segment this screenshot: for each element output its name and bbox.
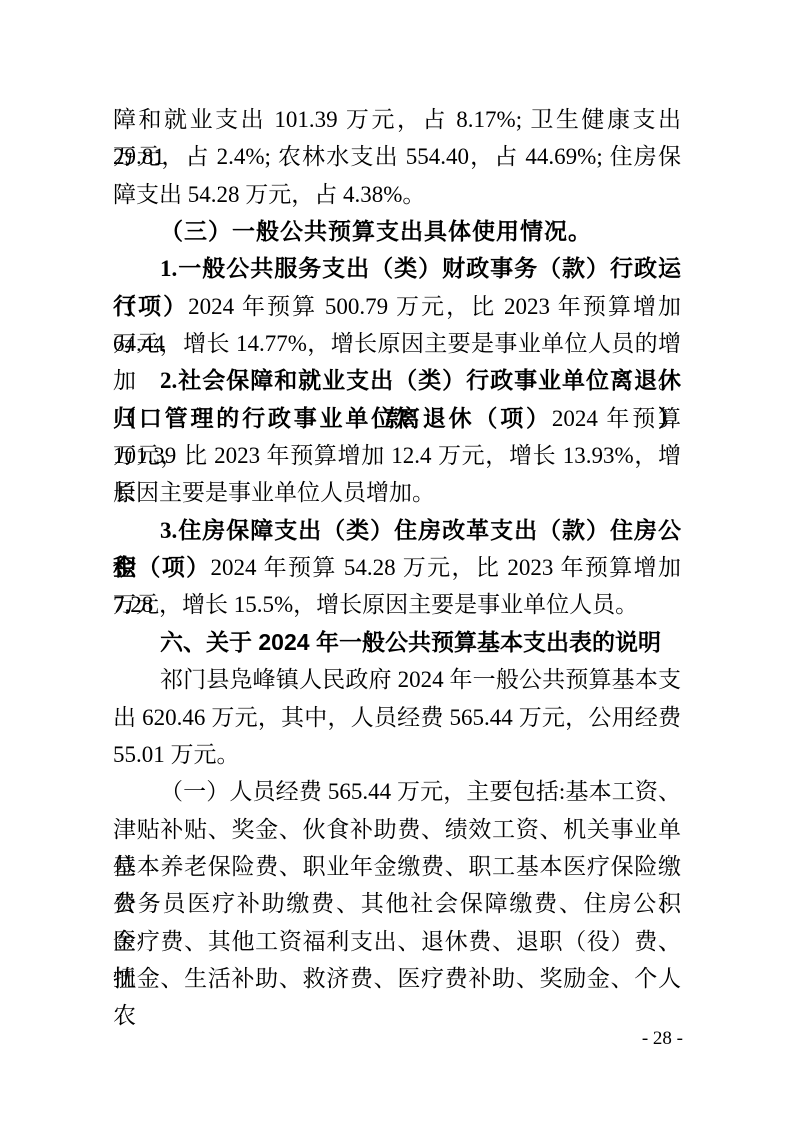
document-body: 障和就业支出 101.39 万元，占 8.17%; 卫生健康支出 29.81万元…: [113, 101, 681, 997]
text-segment: 六、关于 2024 年一般公共预算基本支出表的说明: [160, 629, 661, 655]
text-line: 公务员医疗补助缴费、其他社会保障缴费、住房公积金、: [113, 885, 681, 922]
document-page: 障和就业支出 101.39 万元，占 8.17%; 卫生健康支出 29.81万元…: [0, 0, 793, 1122]
text-segment: （项）: [113, 294, 188, 319]
text-line: 障支出 54.28 万元，占 4.38%。: [113, 176, 681, 213]
text-segment: 55.01 万元。: [113, 742, 240, 767]
text-line: 万元，比 2023 年预算增加 12.4 万元，增长 13.93%，增长: [113, 437, 681, 474]
text-segment: 金（项）: [113, 555, 211, 580]
text-segment: 万元，增长 15.5%，增长原因主要是事业单位人员。: [113, 592, 638, 617]
text-line: 1.一般公共服务支出（类）财政事务（款）行政运行: [113, 250, 681, 287]
text-line: 3.住房保障支出（类）住房改革支出（款）住房公积: [113, 512, 681, 549]
text-line: （项）2024 年预算 500.79 万元，比 2023 年预算增加 64.44: [113, 288, 681, 325]
text-line: 归口管理的行政事业单位离退休（项）2024 年预算 101.39: [113, 400, 681, 437]
text-line: 六、关于 2024 年一般公共预算基本支出表的说明: [113, 624, 681, 661]
text-line: 恤金、生活补助、救济费、医疗费补助、奖励金、个人农: [113, 960, 681, 997]
text-line: 基本养老保险费、职业年金缴费、职工基本医疗保险缴费、: [113, 848, 681, 885]
text-line: 祁门县凫峰镇人民政府 2024 年一般公共预算基本支: [113, 661, 681, 698]
text-line: 医疗费、其他工资福利支出、退休费、退职（役）费、抚: [113, 923, 681, 960]
text-segment: 出 620.46 万元，其中，人员经费 565.44 万元，公用经费: [113, 705, 681, 730]
text-line: 2.社会保障和就业支出（类）行政事业单位离退休（款）: [113, 362, 681, 399]
text-line: 原因主要是事业单位人员增加。: [113, 474, 681, 511]
text-line: 万元，增长 15.5%，增长原因主要是事业单位人员。: [113, 586, 681, 623]
text-segment: 原因主要是事业单位人员增加。: [113, 480, 435, 505]
text-line: 津贴补贴、奖金、伙食补助费、绩效工资、机关事业单位: [113, 811, 681, 848]
text-segment: （三）一般公共预算支出具体使用情况。: [160, 219, 592, 244]
text-segment: 恤金、生活补助、救济费、医疗费补助、奖励金、个人农: [113, 966, 681, 1028]
text-segment: （一）人员经费 565.44 万元，主要包括:基本工资、: [160, 779, 681, 804]
text-segment: 万元，占 2.4%; 农林水支出 554.40，占 44.69%; 住房保: [113, 144, 681, 169]
text-line: 出 620.46 万元，其中，人员经费 565.44 万元，公用经费: [113, 699, 681, 736]
text-line: （三）一般公共预算支出具体使用情况。: [113, 213, 681, 250]
text-line: 万元，占 2.4%; 农林水支出 554.40，占 44.69%; 住房保: [113, 138, 681, 175]
text-segment: 障支出 54.28 万元，占 4.38%。: [113, 182, 425, 207]
text-line: 金（项）2024 年预算 54.28 万元，比 2023 年预算增加 7.28: [113, 549, 681, 586]
text-segment: 祁门县凫峰镇人民政府 2024 年一般公共预算基本支: [160, 667, 681, 692]
text-line: 万元，增长 14.77%，增长原因主要是事业单位人员的增加。: [113, 325, 681, 362]
text-segment: 归口管理的行政事业单位离退休（项）: [113, 406, 552, 431]
text-line: （一）人员经费 565.44 万元，主要包括:基本工资、: [113, 773, 681, 810]
text-line: 55.01 万元。: [113, 736, 681, 773]
page-number: - 28 -: [642, 1028, 683, 1050]
text-line: 障和就业支出 101.39 万元，占 8.17%; 卫生健康支出 29.81: [113, 101, 681, 138]
